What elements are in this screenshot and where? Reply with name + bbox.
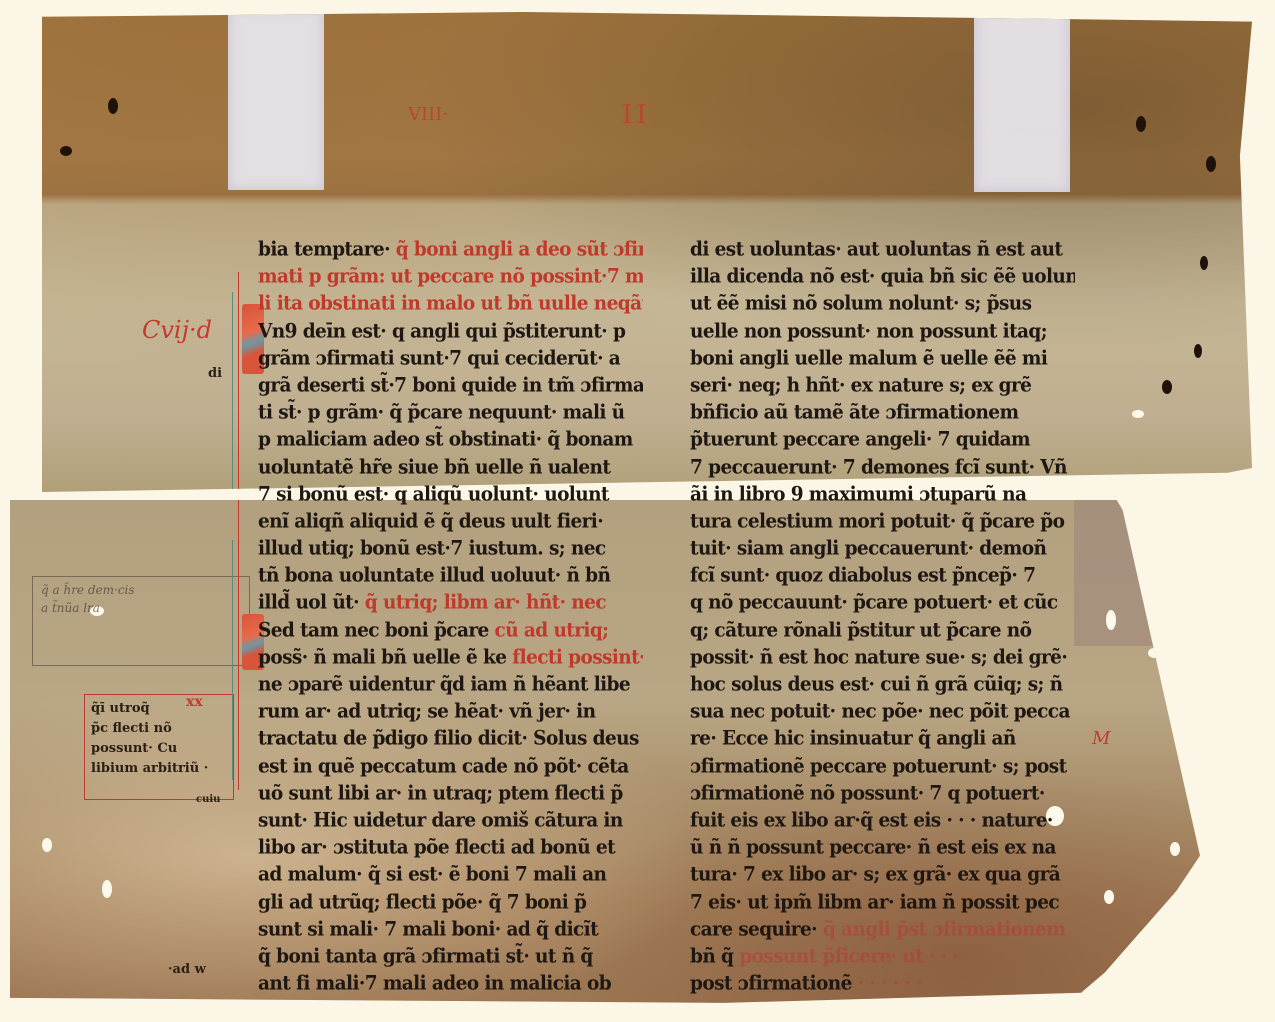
text-line: gli ad utrũq; flecti põe· q̃ 7 boni p̃: [258, 888, 643, 917]
initial-flourish-line: [238, 272, 239, 492]
text-line: rum ar· ad utriq; se hẽat· vñ jer· in: [258, 698, 643, 727]
text-line: 7 peccauerunt· 7 demones fcĩ sunt· Vñ: [690, 453, 1075, 482]
line-text: sunt· Hic uidetur dare omiš cãtura in: [258, 809, 623, 831]
marginal-red-box-note: q̃ī utroq̃ p̃c flecti nõ possunt· Cu lib…: [84, 694, 234, 800]
text-line: grã deserti st̃·7 boni quide in tm̃ ɔfir…: [258, 371, 643, 400]
line-text: 7 peccauerunt· 7 demones fcĩ sunt· Vñ: [690, 456, 1067, 478]
text-line: enĩ aliqñ aliquid ẽ q̃ deus uult fieri·: [258, 507, 643, 536]
line-text: 7 si bonũ est· q aliqũ uolunt· uolunt: [258, 483, 609, 505]
rubric-text: flecti possint·: [512, 646, 643, 668]
worm-hole: [1170, 842, 1180, 856]
line-text: rum ar· ad utriq; se hẽat· vñ jer· in: [258, 701, 595, 723]
line-text: q nõ peccauunt· p̃care potuert· et cũc: [690, 592, 1058, 614]
text-line: ɔfirmationẽ nõ possunt· 7 q potuert·: [690, 779, 1075, 808]
line-text: enĩ aliqñ aliquid ẽ q̃ deus uult fieri·: [258, 510, 603, 532]
text-line: q; cãture rõnali p̃stitur ut p̃care nõ: [690, 616, 1075, 645]
line-text: di est uoluntas· aut uoluntas ñ est aut: [690, 238, 1062, 260]
text-line: tuit· siam angli peccauerunt· demoñ: [690, 534, 1075, 563]
line-text: ant fi mali·7 mali adeo in malicia ob: [258, 973, 611, 995]
text-line: bñficio aũ tamẽ ãte ɔfirmationem: [690, 398, 1075, 427]
text-column-left: bia temptare· q̃ boni angli a deo sũt ɔf…: [258, 236, 643, 997]
line-text: ũ ñ ñ possunt peccare· ñ est eis ex na: [690, 837, 1056, 859]
text-line: post ɔfirmationẽ · · · · · ·: [690, 969, 1075, 998]
line-text: seri· neq; h hñt· ex nature s; ex grẽ: [690, 374, 1031, 396]
text-line: Sed tam nec boni p̃care cũ ad utriq;: [258, 616, 643, 645]
line-text: post ɔfirmationẽ: [690, 973, 858, 995]
rubric-text: possunt p̃ficere· ut · · ·: [739, 945, 958, 967]
worm-hole: [1162, 380, 1172, 394]
line-text: illd̃ uol ũt·: [258, 592, 365, 614]
initial-flourish-line: [232, 292, 233, 492]
line-text: poss̃· ñ mali bñ uelle ẽ ke: [258, 646, 512, 668]
line-text: uelle non possunt· non possunt itaq;: [690, 320, 1047, 342]
text-line: ant fi mali·7 mali adeo in malicia ob: [258, 969, 643, 998]
line-text: est in quẽ peccatum cade nõ põt· cẽta: [258, 755, 629, 777]
rubric-text: li ita obstinati in malo ut bñ uulle neq…: [258, 293, 643, 315]
line-text: ãi in libro 9 maximumi ɔtuparũ na: [690, 483, 1026, 505]
line-text: sua nec potuit· nec põe· nec põit pecca: [690, 701, 1070, 723]
text-line: care sequire· q̃ angli p̃st ɔfirmationem: [690, 915, 1075, 944]
line-text: boni angli uelle malum ẽ uelle ẽẽ mi: [690, 347, 1047, 369]
text-line: grãm ɔfirmati sunt·7 qui ceciderūt· a: [258, 344, 643, 373]
worm-hole: [60, 146, 72, 156]
line-text: q̃ boni tanta grã ɔfirmati st̃· ut ñ q̃: [258, 945, 593, 967]
rubric-text: q̃ boni angli a deo sũt ɔfir: [396, 238, 643, 260]
text-line: libo ar· ɔstituta põe flecti ad bonũ et: [258, 833, 643, 862]
line-text: tura celestium mori potuit· q̃ p̃care p̃…: [690, 510, 1064, 532]
line-text: illud utiq; bonũ est·7 iustum. s; nec: [258, 538, 606, 560]
text-line: illd̃ uol ũt· q̃ utriq; libm ar· hñt· ne…: [258, 589, 643, 618]
line-text: tuit· siam angli peccauerunt· demoñ: [690, 538, 1046, 560]
line-text: illa dicenda nõ est· quia bñ sic ẽẽ uolu…: [690, 266, 1075, 288]
right-margin-mark: M: [1092, 728, 1110, 749]
rubric-text: q̃ angli p̃st ɔfirmationem: [823, 918, 1065, 940]
text-line: seri· neq; h hñt· ex nature s; ex grẽ: [690, 371, 1075, 400]
chapter-mark: Cvij·d: [142, 316, 212, 344]
text-line: sunt si mali· 7 mali boni· ad q̃ dicĩt: [258, 915, 643, 944]
line-text: tractatu de p̃digo filio dicit· Solus de…: [258, 728, 639, 750]
line-text: re· Ecce hic insinuatur q̃ angli añ: [690, 728, 1016, 750]
text-line: p̃tuerunt peccare angeli· 7 quidam: [690, 426, 1075, 455]
text-line: re· Ecce hic insinuatur q̃ angli añ: [690, 725, 1075, 754]
worm-hole: [1200, 256, 1208, 270]
line-text: fuit eis ex libo ar·q̃ est eis · · · nat…: [690, 809, 1053, 831]
text-line: tura· 7 ex libo ar· s; ex grã· ex qua gr…: [690, 861, 1075, 890]
rubric-text: q̃ utriq; libm ar· hñt· nec: [365, 592, 606, 614]
line-text: uoluntatẽ hr̃e siue bñ uelle ñ ualent: [258, 456, 610, 478]
text-line: mati p grãm: ut peccare nõ possint·7 ma: [258, 263, 643, 292]
line-text: q; cãture rõnali p̃stitur ut p̃care nõ: [690, 619, 1031, 641]
text-line: sunt· Hic uidetur dare omiš cãtura in: [258, 806, 643, 835]
initial-flourish-line: [238, 500, 239, 790]
line-text: possit· ñ est hoc nature sue· s; dei grẽ…: [690, 646, 1067, 668]
line-text: tñ bona uoluntate illud uoluut· ñ bñ: [258, 565, 610, 587]
line-text: grãm ɔfirmati sunt·7 qui ceciderūt· a: [258, 347, 620, 369]
text-line: possit· ñ est hoc nature sue· s; dei grẽ…: [690, 643, 1075, 672]
line-text: ti st̃· p grãm· q̃ p̃care nequunt· mali …: [258, 402, 625, 424]
rubric-text: · · · · · ·: [858, 973, 922, 995]
text-line: ne ɔparẽ uidentur q̃d iam ñ hẽant libe: [258, 670, 643, 699]
red-box-tag: xx: [186, 694, 203, 710]
text-line: boni angli uelle malum ẽ uelle ẽẽ mi: [690, 344, 1075, 373]
line-text: Sed tam nec boni p̃care: [258, 619, 495, 641]
rubric-text: mati p grãm: ut peccare nõ possint·7 ma: [258, 266, 643, 288]
line-text: bia temptare·: [258, 238, 396, 260]
worm-hole: [108, 98, 118, 114]
line-text: ɔfirmationẽ peccare potuerunt· s; post: [690, 755, 1067, 777]
line-text: ut ẽẽ misi nõ solum nolunt· s; p̃sus: [690, 293, 1031, 315]
text-line: 7 si bonũ est· q aliqũ uolunt· uolunt: [258, 480, 643, 509]
line-text: ne ɔparẽ uidentur q̃d iam ñ hẽant libe: [258, 673, 630, 695]
text-line: illa dicenda nõ est· quia bñ sic ẽẽ uolu…: [690, 263, 1075, 292]
text-line: est in quẽ peccatum cade nõ põt· cẽta: [258, 752, 643, 781]
text-line: fcĩ sunt· quoz diabolus est p̃ncep̃· 7: [690, 562, 1075, 591]
text-line: ut ẽẽ misi nõ solum nolunt· s; p̃sus: [690, 290, 1075, 319]
text-line: p maliciam adeo st̃ obstinati· q̃ bonam: [258, 426, 643, 455]
text-line: ũ ñ ñ possunt peccare· ñ est eis ex na: [690, 833, 1075, 862]
worm-hole: [1148, 648, 1160, 658]
line-text: ad malum· q̃ si est· ẽ boni 7 mali an: [258, 864, 606, 886]
text-line: fuit eis ex libo ar·q̃ est eis · · · nat…: [690, 806, 1075, 835]
text-line: bñ q̃ possunt p̃ficere· ut · · ·: [690, 942, 1075, 971]
worm-hole: [1104, 890, 1114, 904]
worm-hole: [1194, 344, 1202, 358]
text-line: sua nec potuit· nec põe· nec põit pecca: [690, 698, 1075, 727]
text-column-right: di est uoluntas· aut uoluntas ñ est auti…: [690, 236, 1075, 997]
marginal-mark: cuiu: [196, 794, 220, 805]
line-text: care sequire·: [690, 918, 823, 940]
line-text: hoc solus deus est· cui ñ grã cũiq; s; ñ: [690, 673, 1062, 695]
text-line: uelle non possunt· non possunt itaq;: [690, 317, 1075, 346]
rubric-text: cũ ad utriq;: [495, 619, 609, 641]
text-line: ɔfirmationẽ peccare potuerunt· s; post: [690, 752, 1075, 781]
line-text: ɔfirmationẽ nõ possunt· 7 q potuert·: [690, 782, 1045, 804]
worm-hole: [1136, 116, 1146, 132]
marginal-gray-note: q̃ a h̃re dem·cis a t̃nũa lra: [32, 576, 250, 666]
text-line: Vn9 deīn est· q angli qui p̃stiterunt· p: [258, 317, 643, 346]
line-text: Vn9 deīn est· q angli qui p̃stiterunt· p: [258, 320, 625, 342]
running-title-mark: II: [622, 100, 651, 130]
tape-strip-right: [1074, 496, 1164, 646]
line-text: tura· 7 ex libo ar· s; ex grã· ex qua gr…: [690, 864, 1060, 886]
tape-strip-left: [228, 8, 324, 190]
marginal-mark: di: [208, 366, 222, 381]
text-line: di est uoluntas· aut uoluntas ñ est aut: [690, 235, 1075, 264]
text-line: ãi in libro 9 maximumi ɔtuparũ na: [690, 480, 1075, 509]
text-line: tractatu de p̃digo filio dicit· Solus de…: [258, 725, 643, 754]
line-text: bñ q̃: [690, 945, 739, 967]
line-text: uõ sunt libi ar· in utraq; ptem flecti p…: [258, 782, 623, 804]
text-line: tñ bona uoluntate illud uoluut· ñ bñ: [258, 562, 643, 591]
line-text: fcĩ sunt· quoz diabolus est p̃ncep̃· 7: [690, 565, 1035, 587]
worm-hole: [102, 880, 112, 898]
text-line: uõ sunt libi ar· in utraq; ptem flecti p…: [258, 779, 643, 808]
text-line: bia temptare· q̃ boni angli a deo sũt ɔf…: [258, 235, 643, 264]
line-text: 7 eis· ut ipm̃ libm ar· iam ñ possit pec: [690, 891, 1059, 913]
text-line: li ita obstinati in malo ut bñ uulle neq…: [258, 290, 643, 319]
worm-hole: [1132, 410, 1144, 418]
text-line: illud utiq; bonũ est·7 iustum. s; nec: [258, 534, 643, 563]
text-line: poss̃· ñ mali bñ uelle ẽ ke flecti possi…: [258, 643, 643, 672]
marginal-mark: ·ad w: [168, 962, 206, 977]
text-line: 7 eis· ut ipm̃ libm ar· iam ñ possit pec: [690, 888, 1075, 917]
text-line: ti st̃· p grãm· q̃ p̃care nequunt· mali …: [258, 398, 643, 427]
line-text: grã deserti st̃·7 boni quide in tm̃ ɔfir…: [258, 374, 643, 396]
text-line: ad malum· q̃ si est· ẽ boni 7 mali an: [258, 861, 643, 890]
text-line: uoluntatẽ hr̃e siue bñ uelle ñ ualent: [258, 453, 643, 482]
folio-number: VIII·: [408, 104, 448, 125]
line-text: gli ad utrũq; flecti põe· q̃ 7 boni p̃: [258, 891, 586, 913]
worm-hole: [1206, 156, 1216, 172]
text-line: tura celestium mori potuit· q̃ p̃care p̃…: [690, 507, 1075, 536]
worm-hole: [42, 838, 52, 852]
line-text: sunt si mali· 7 mali boni· ad q̃ dicĩt: [258, 918, 598, 940]
worm-hole: [1106, 610, 1116, 630]
line-text: p̃tuerunt peccare angeli· 7 quidam: [690, 429, 1030, 451]
tape-strip-right: [974, 8, 1070, 192]
text-line: q̃ boni tanta grã ɔfirmati st̃· ut ñ q̃: [258, 942, 643, 971]
text-line: q nõ peccauunt· p̃care potuert· et cũc: [690, 589, 1075, 618]
line-text: p maliciam adeo st̃ obstinati· q̃ bonam: [258, 429, 633, 451]
line-text: libo ar· ɔstituta põe flecti ad bonũ et: [258, 837, 615, 859]
initial-flourish-line: [232, 540, 233, 780]
text-line: hoc solus deus est· cui ñ grã cũiq; s; ñ: [690, 670, 1075, 699]
line-text: bñficio aũ tamẽ ãte ɔfirmationem: [690, 402, 1018, 424]
